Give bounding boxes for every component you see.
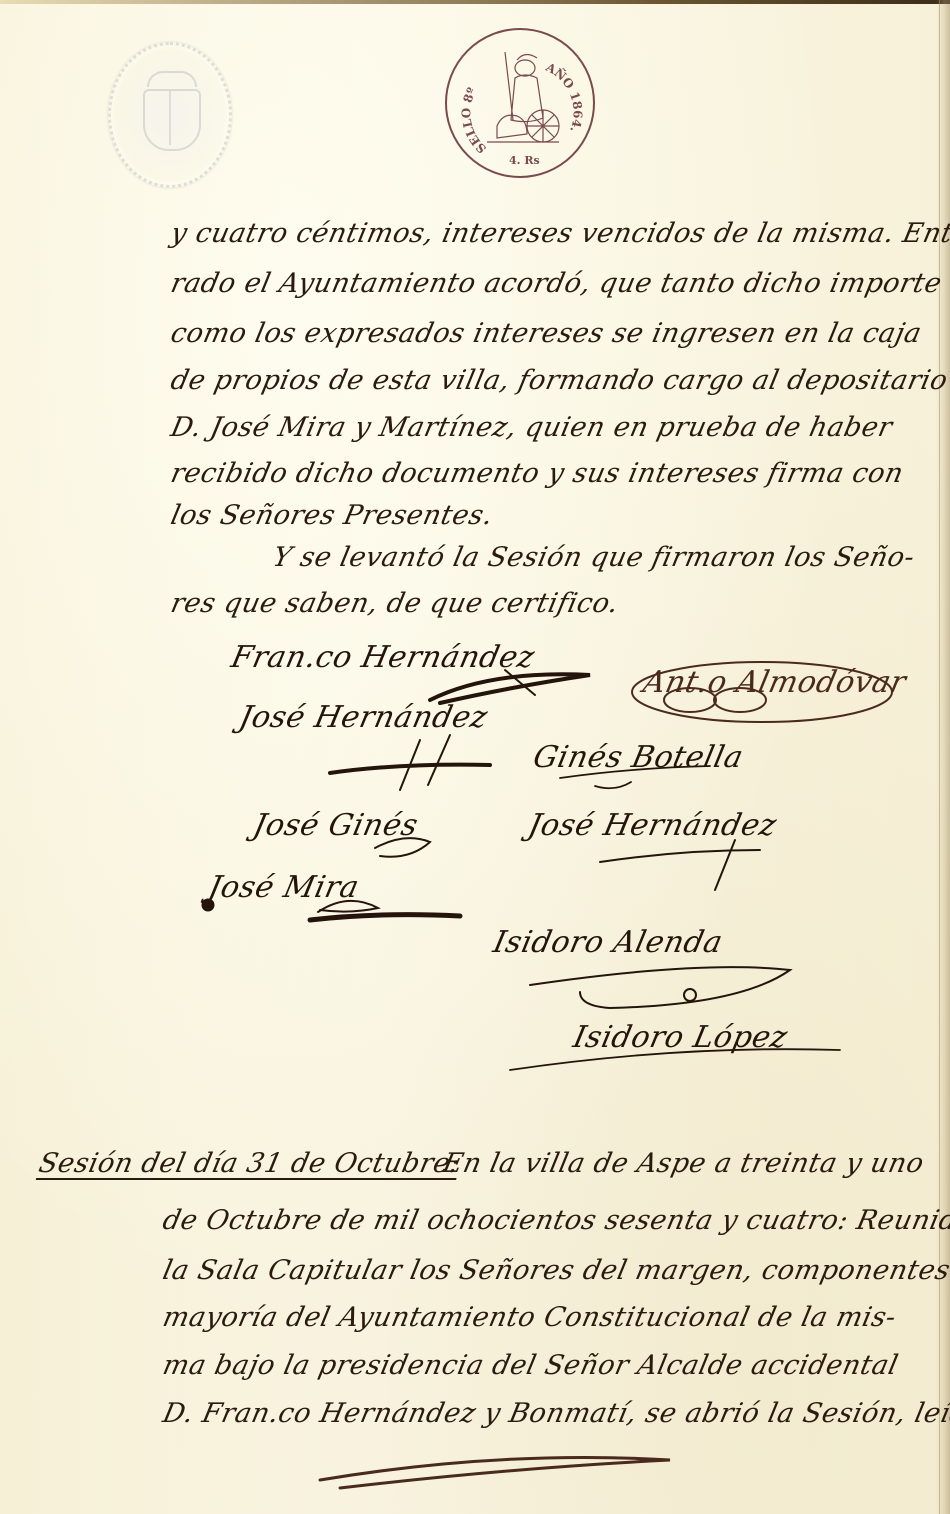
session-line-4: mayoría del Ayuntamiento Constitucional … <box>160 1302 899 1333</box>
session-line-2: de Octubre de mil ochocientos sesenta y … <box>160 1205 950 1236</box>
session-line-6: D. Fran.co Hernández y Bonmatí, se abrió… <box>160 1398 950 1429</box>
document-page: SELLO 8º AÑO 1864. 4. Rs y cuatro céntim… <box>0 0 950 1514</box>
session-line-5: ma bajo la presidencia del Señor Alcalde… <box>160 1350 901 1381</box>
signature-rubrics-icon <box>0 0 950 1514</box>
session-line-1: En la villa de Aspe a treinta y uno <box>440 1148 927 1179</box>
session-line-3: la Sala Capitular los Señores del margen… <box>160 1255 950 1286</box>
session-heading: Sesión del día 31 de Octubre: <box>36 1148 463 1179</box>
